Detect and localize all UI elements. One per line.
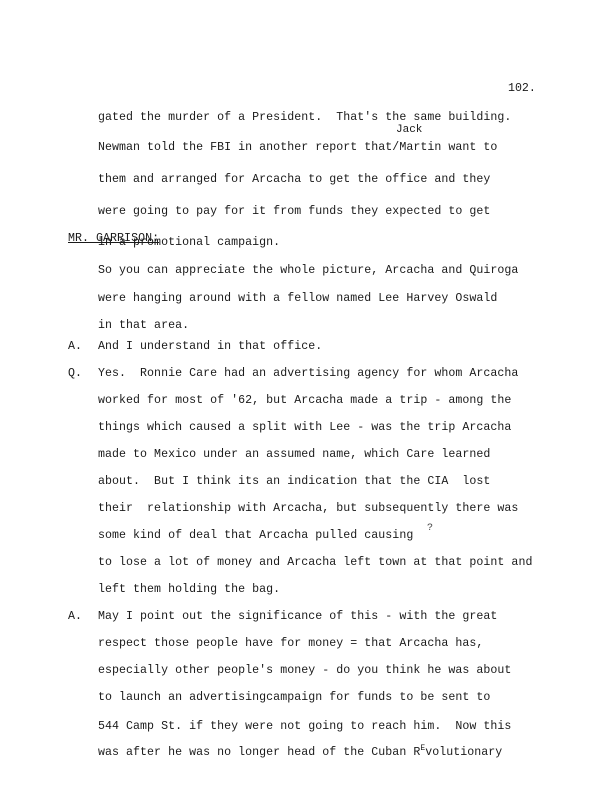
text-line: was after he was no longer head of the C… xyxy=(98,744,502,759)
text-line: their relationship with Arcacha, but sub… xyxy=(98,502,518,515)
answer-label: A. xyxy=(68,610,82,623)
text-line: in that area. xyxy=(98,319,189,332)
text-line: Yes. Ronnie Care had an advertising agen… xyxy=(98,367,518,380)
text-line: So you can appreciate the whole picture,… xyxy=(98,264,518,277)
text-line: were going to pay for it from funds they… xyxy=(98,205,490,218)
text-line: some kind of deal that Arcacha pulled ca… xyxy=(98,529,413,542)
answer-label: A. xyxy=(68,340,82,353)
handwritten-question-mark: ? xyxy=(427,523,433,534)
text-line: respect those people have for money = th… xyxy=(98,637,483,650)
speaker-heading: MR. GARRISON: xyxy=(68,232,159,245)
text-line: 544 Camp St. if they were not going to r… xyxy=(98,720,511,733)
text-segment: volutionary xyxy=(425,746,502,759)
text-line: them and arranged for Arcacha to get the… xyxy=(98,173,490,186)
text-line: May I point out the significance of this… xyxy=(98,610,497,623)
text-line: things which caused a split with Lee - w… xyxy=(98,421,511,434)
text-segment: was after he was no longer head of the C… xyxy=(98,746,420,759)
text-line: to lose a lot of money and Arcacha left … xyxy=(98,556,532,569)
text-line: Newman told the FBI in another report th… xyxy=(98,141,497,154)
text-line: worked for most of '62, but Arcacha made… xyxy=(98,394,511,407)
text-line: especially other people's money - do you… xyxy=(98,664,511,677)
text-line: left them holding the bag. xyxy=(98,583,280,596)
text-line: were hanging around with a fellow named … xyxy=(98,292,497,305)
text-line: made to Mexico under an assumed name, wh… xyxy=(98,448,490,461)
page-number: 102. xyxy=(508,82,536,95)
interlinear-insert: Jack xyxy=(396,124,422,136)
text-line: to launch an advertisingcampaign for fun… xyxy=(98,691,490,704)
text-line: gated the murder of a President. That's … xyxy=(98,111,511,124)
question-label: Q. xyxy=(68,367,82,380)
text-line: And I understand in that office. xyxy=(98,340,322,353)
text-line: about. But I think its an indication tha… xyxy=(98,475,490,488)
